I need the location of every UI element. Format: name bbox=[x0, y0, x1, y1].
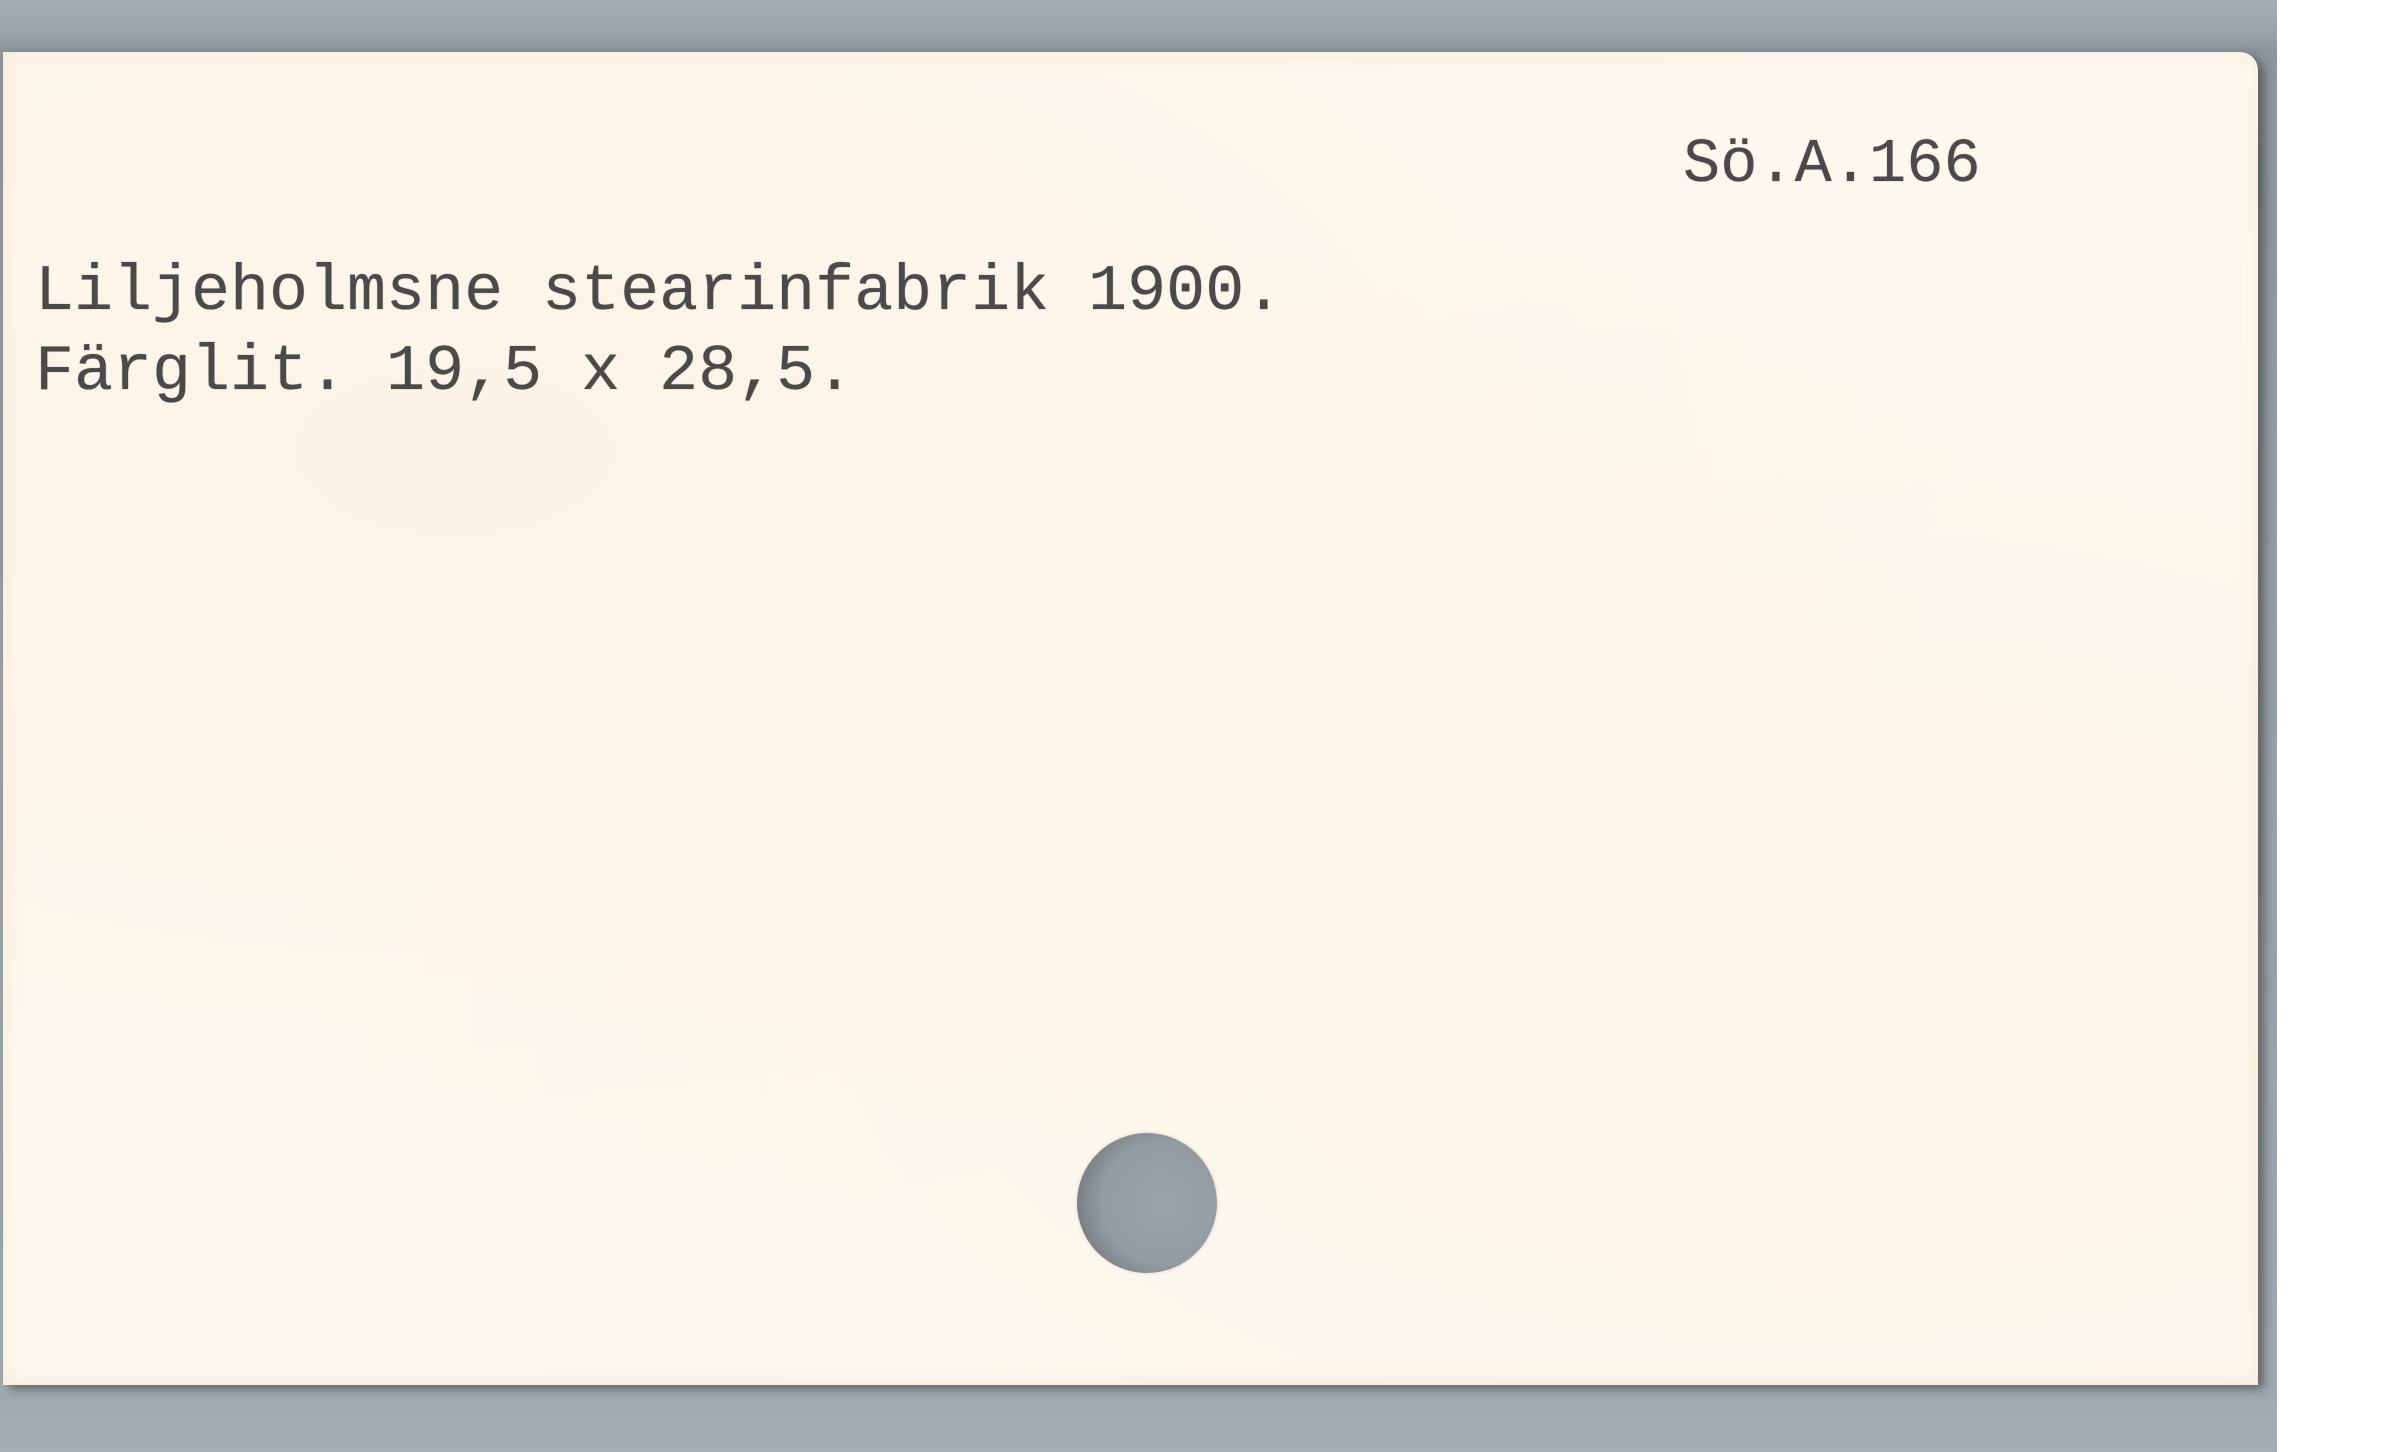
card-description-line: Färglit. 19,5 x 28,5. bbox=[35, 332, 854, 412]
punch-hole bbox=[1077, 1133, 1217, 1273]
margin-strip bbox=[2277, 0, 2391, 1452]
catalog-number: Sö.A.166 bbox=[1683, 130, 1981, 200]
card-title-line: Liljeholmsne stearinfabrik 1900. bbox=[35, 252, 1283, 332]
